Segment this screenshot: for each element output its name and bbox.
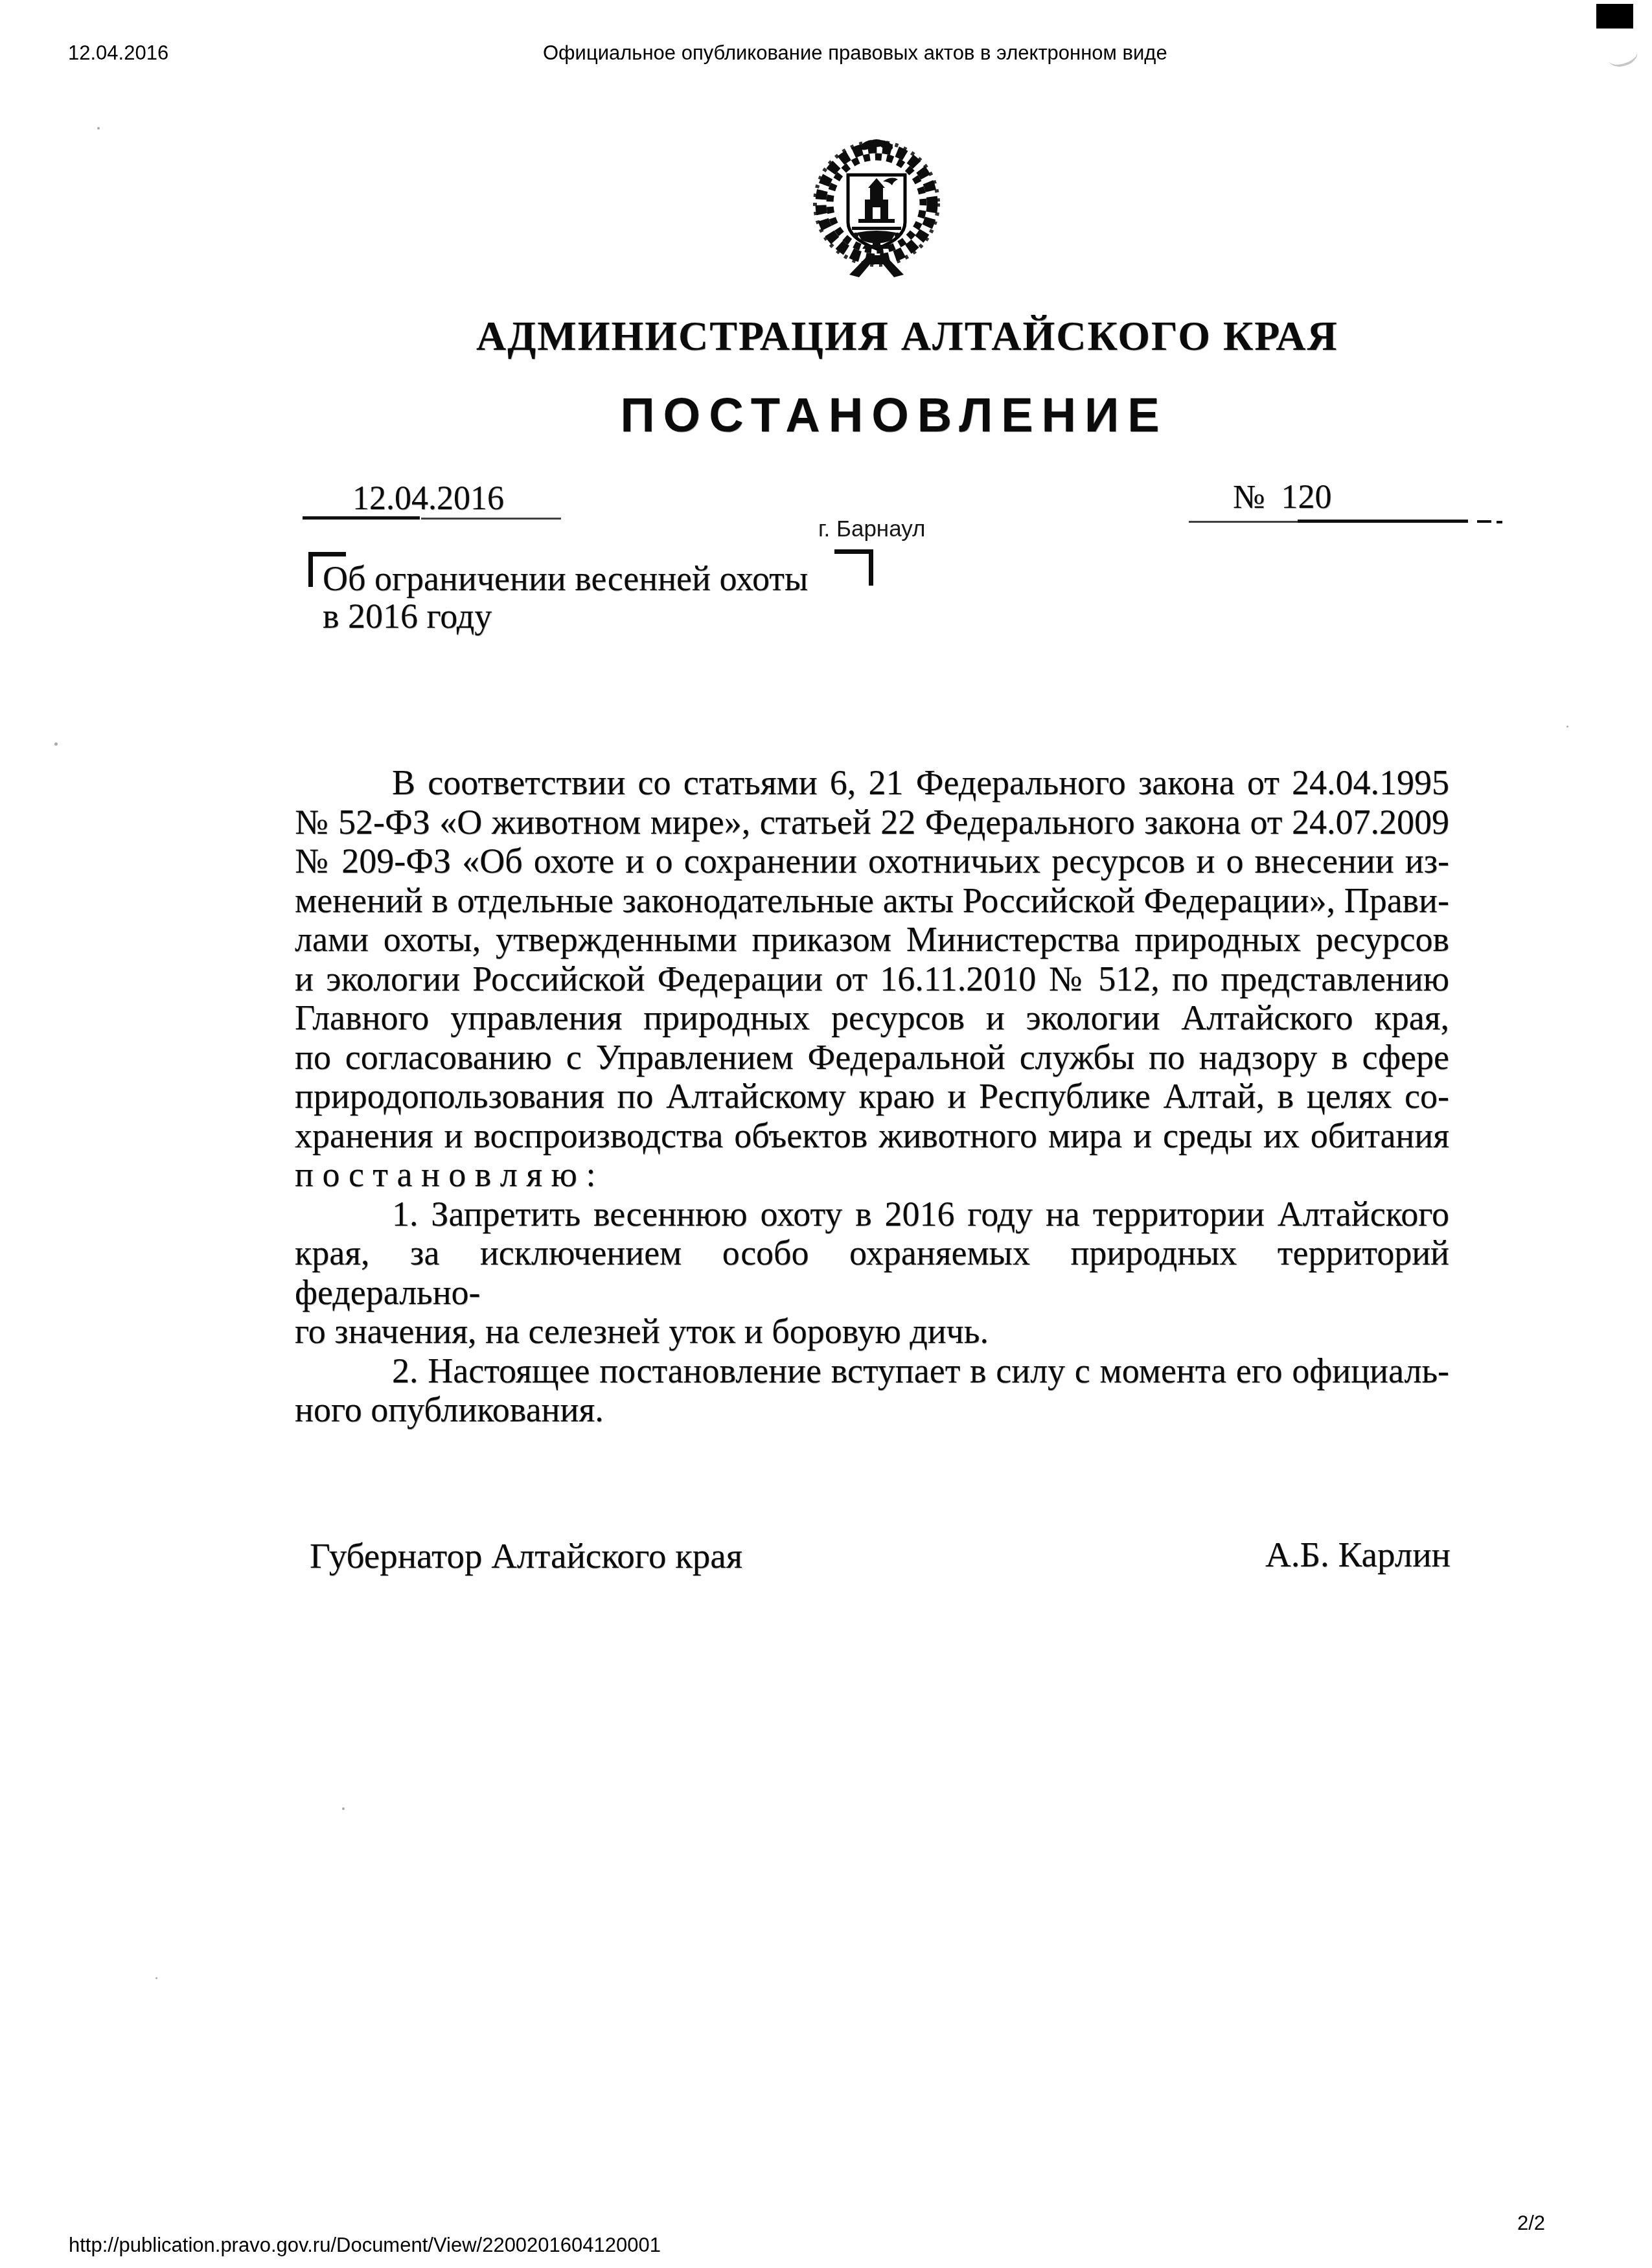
body-line: хранения и воспроизводства объектов живо… bbox=[295, 1116, 1449, 1156]
body-line: лами охоты, утвержденными приказом Минис… bbox=[295, 920, 1449, 959]
scan-speck bbox=[155, 1977, 157, 1979]
print-header-title: Официальное опубликование правовых актов… bbox=[543, 41, 1167, 65]
signature-position: Губернатор Алтайского края bbox=[310, 1535, 742, 1576]
body-line: В соответствии со статьями 6, 21 Федерал… bbox=[295, 763, 1449, 803]
body-line: Главного управления природных ресурсов и… bbox=[295, 998, 1449, 1038]
number-underline-dash bbox=[1477, 520, 1491, 523]
resolution-word-line: п о с т а н о в л я ю : bbox=[295, 1155, 1449, 1195]
print-footer-url: http://publication.pravo.gov.ru/Document… bbox=[69, 2234, 661, 2257]
body-line: № 52-ФЗ «О животном мире», статьей 22 Фе… bbox=[295, 803, 1449, 842]
organization-name: АДМИНИСТРАЦИЯ АЛТАЙСКОГО КРАЯ bbox=[476, 312, 1318, 360]
body-text: В соответствии со статьями 6, 21 Федерал… bbox=[295, 763, 1449, 1430]
body-line: края, за исключением особо охраняемых пр… bbox=[295, 1233, 1449, 1312]
subject-line-1: Об ограничении весенней охоты bbox=[323, 560, 808, 597]
number-underline bbox=[1298, 520, 1468, 523]
corner-bracket-close-icon bbox=[869, 549, 873, 586]
scan-speck bbox=[54, 742, 58, 746]
body-line: 1. Запретить весеннюю охоту в 2016 году … bbox=[295, 1195, 1449, 1234]
scan-speck bbox=[97, 127, 100, 130]
body-line: по согласованию с Управлением Федерально… bbox=[295, 1038, 1449, 1077]
scanned-document-page: 12.04.2016 Официальное опубликование пра… bbox=[0, 0, 1652, 2268]
coat-of-arms-icon bbox=[805, 135, 948, 279]
body-line: менений в отдельные законодательные акты… bbox=[295, 881, 1449, 921]
body-line: 2. Настоящее постановление вступает в си… bbox=[295, 1351, 1449, 1391]
signature-name: А.Б. Карлин bbox=[1265, 1534, 1451, 1575]
print-footer-page-number: 2/2 bbox=[1517, 2212, 1545, 2235]
print-header-date: 12.04.2016 bbox=[68, 41, 168, 65]
scan-speck bbox=[1566, 726, 1568, 727]
corner-bracket-open-icon bbox=[308, 552, 313, 587]
body-line: природопользования по Алтайскому краю и … bbox=[295, 1077, 1449, 1116]
document-type-title: ПОСТАНОВЛЕНИЕ bbox=[473, 387, 1315, 442]
corner-bracket-close-icon bbox=[834, 549, 873, 554]
subject-line-2: в 2016 году bbox=[323, 597, 808, 635]
document-number: № 120 bbox=[1233, 478, 1332, 516]
body-line: го значения, на селезней уток и боровую … bbox=[295, 1312, 1449, 1351]
body-line: № 209-ФЗ «Об охоте и о сохранении охотни… bbox=[295, 842, 1449, 881]
scan-artifact-square bbox=[1596, 4, 1633, 29]
number-underline-dash bbox=[1497, 521, 1502, 523]
body-line: ного опубликования. bbox=[295, 1390, 1449, 1430]
number-underline bbox=[1189, 521, 1299, 523]
date-underline bbox=[421, 518, 561, 520]
body-line: и экологии Российской Федерации от 16.11… bbox=[295, 959, 1449, 999]
scan-artifact-mark bbox=[1605, 43, 1640, 71]
document-city: г. Барнаул bbox=[818, 516, 925, 542]
date-underline bbox=[303, 516, 420, 520]
corner-bracket-open-icon bbox=[308, 552, 346, 556]
scan-speck bbox=[342, 1807, 345, 1810]
subject-block: Об ограничении весенней охоты в 2016 год… bbox=[323, 560, 808, 635]
document-date: 12.04.2016 bbox=[352, 479, 504, 518]
